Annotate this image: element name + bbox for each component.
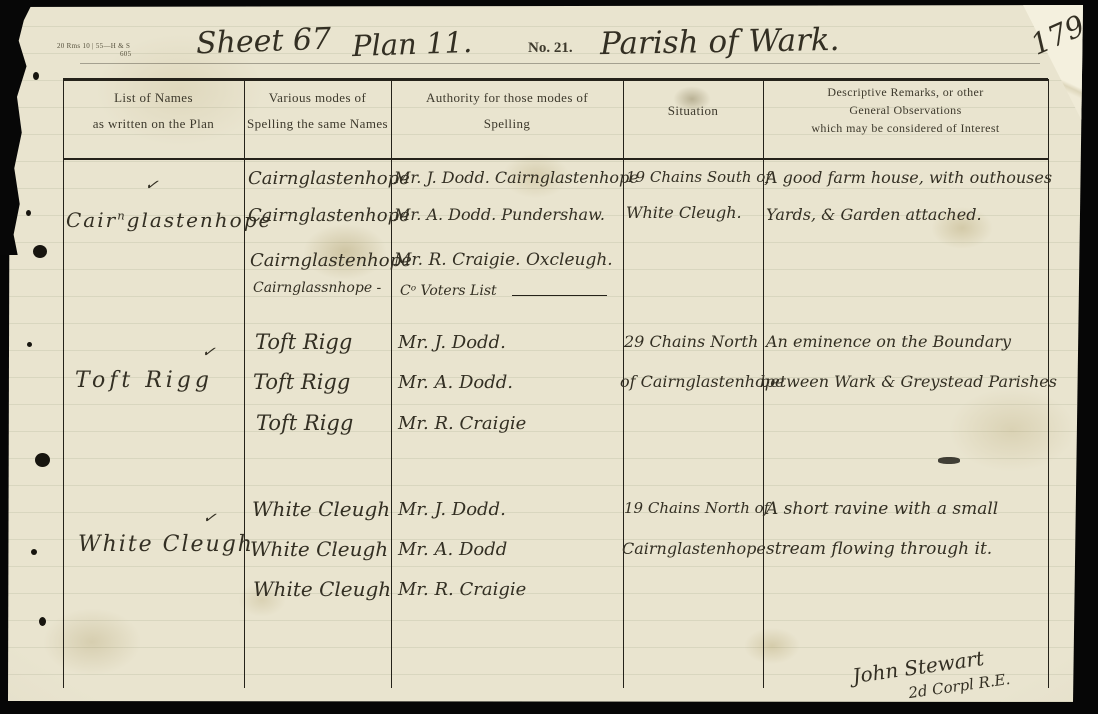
- remarks-text: stream flowing through it.: [766, 539, 992, 559]
- situation-text: 19 Chains South of: [626, 168, 771, 186]
- remarks-text: A good farm house, with outhouses: [766, 168, 1052, 187]
- ink-blot: [35, 453, 50, 467]
- column-header-names-line2: as written on the Plan: [63, 116, 244, 132]
- authority-entry: Mr. R. Craigie: [398, 579, 526, 600]
- plate-code-2: 605: [120, 50, 131, 58]
- check-mark: ✓: [202, 507, 218, 528]
- spelling-entry: Toft Rigg: [256, 411, 353, 435]
- authority-entry: Cᵒ Voters List: [400, 283, 497, 299]
- spelling-entry: Cairnglastenhope: [248, 205, 410, 226]
- check-mark: ✓: [144, 174, 160, 195]
- situation-text: Cairnglastenhope: [622, 539, 766, 558]
- authority-entry: Mr. R. Craigie: [398, 413, 526, 434]
- blank-line: [512, 295, 607, 296]
- spelling-entry: White Cleugh: [252, 497, 390, 521]
- ink-blot: [33, 245, 47, 258]
- ink-smudge: [938, 457, 960, 464]
- place-name-white-cleugh: White Cleugh: [78, 532, 254, 557]
- spelling-entry: White Cleugh: [250, 537, 388, 561]
- table-top-rule: [63, 78, 1048, 81]
- plan-number: Plan 11.: [351, 25, 472, 63]
- remarks-text: Yards, & Garden attached.: [766, 205, 982, 224]
- authority-entry: Mr. A. Dodd. Pundershaw.: [394, 205, 605, 224]
- check-mark: ✓: [201, 341, 217, 362]
- authority-entry: Mr. J. Dodd.: [398, 499, 506, 520]
- authority-entry: Mr. A. Dodd: [398, 539, 507, 560]
- situation-text: White Cleugh.: [626, 203, 742, 222]
- plate-code: 20 Rms 10 | 55—H & S: [57, 42, 130, 50]
- remarks-text: An eminence on the Boundary: [766, 332, 1011, 351]
- authority-entry: Mr. J. Dodd.: [398, 332, 506, 353]
- column-header-remarks-line2: General Observations: [763, 103, 1048, 118]
- column-header-remarks-line1: Descriptive Remarks, or other: [763, 85, 1048, 100]
- column-header-authority-line2: Spelling: [391, 116, 623, 132]
- place-name-toft-rigg: Toft Rigg: [75, 368, 213, 393]
- ink-blot: [26, 210, 31, 216]
- column-header-situation: Situation: [623, 103, 763, 119]
- book-number: No. 21.: [528, 40, 573, 57]
- spelling-entry: Toft Rigg: [253, 370, 350, 394]
- spelling-entry: Cairnglassnhope -: [253, 280, 381, 296]
- header-separator-rule: [63, 158, 1048, 160]
- ink-blot: [31, 549, 37, 555]
- ink-blot: [39, 617, 46, 626]
- situation-text: 19 Chains North of: [624, 499, 769, 517]
- column-header-names-line1: List of Names: [63, 90, 244, 106]
- parish-title: Parish of Wark.: [600, 22, 840, 62]
- column-header-spelling-line2: Spelling the same Names: [244, 116, 391, 132]
- table-border-left: [63, 79, 64, 688]
- authority-entry: Mr. R. Craigie. Oxcleugh.: [394, 250, 613, 270]
- scanned-document: 20 Rms 10 | 55—H & S 605 Sheet 67 Plan 1…: [0, 0, 1098, 714]
- authority-entry: Mr. J. Dodd. Cairnglastenhope: [394, 168, 639, 187]
- remarks-text: between Wark & Greystead Parishes: [760, 372, 1057, 391]
- situation-text: 29 Chains North: [624, 332, 758, 351]
- sheet-number: Sheet 67: [195, 22, 331, 62]
- spelling-entry: Cairnglastenhope: [250, 250, 412, 271]
- spelling-entry: Toft Rigg: [255, 330, 352, 354]
- spelling-entry: Cairnglastenhope: [248, 168, 410, 189]
- place-name-cairnglastenhope: Cairnglastenhope: [66, 208, 272, 232]
- ink-blot: [33, 72, 39, 80]
- column-header-spelling-line1: Various modes of: [244, 90, 391, 106]
- column-divider-1: [244, 79, 245, 688]
- ink-blot: [27, 342, 32, 347]
- remarks-text: A short ravine with a small: [766, 499, 998, 519]
- authority-entry: Mr. A. Dodd.: [398, 372, 513, 393]
- header-rule-faint: [80, 63, 1040, 64]
- spelling-entry: White Cleugh: [253, 577, 391, 601]
- column-header-remarks-line3: which may be considered of Interest: [763, 121, 1048, 136]
- column-header-authority-line1: Authority for those modes of: [391, 90, 623, 106]
